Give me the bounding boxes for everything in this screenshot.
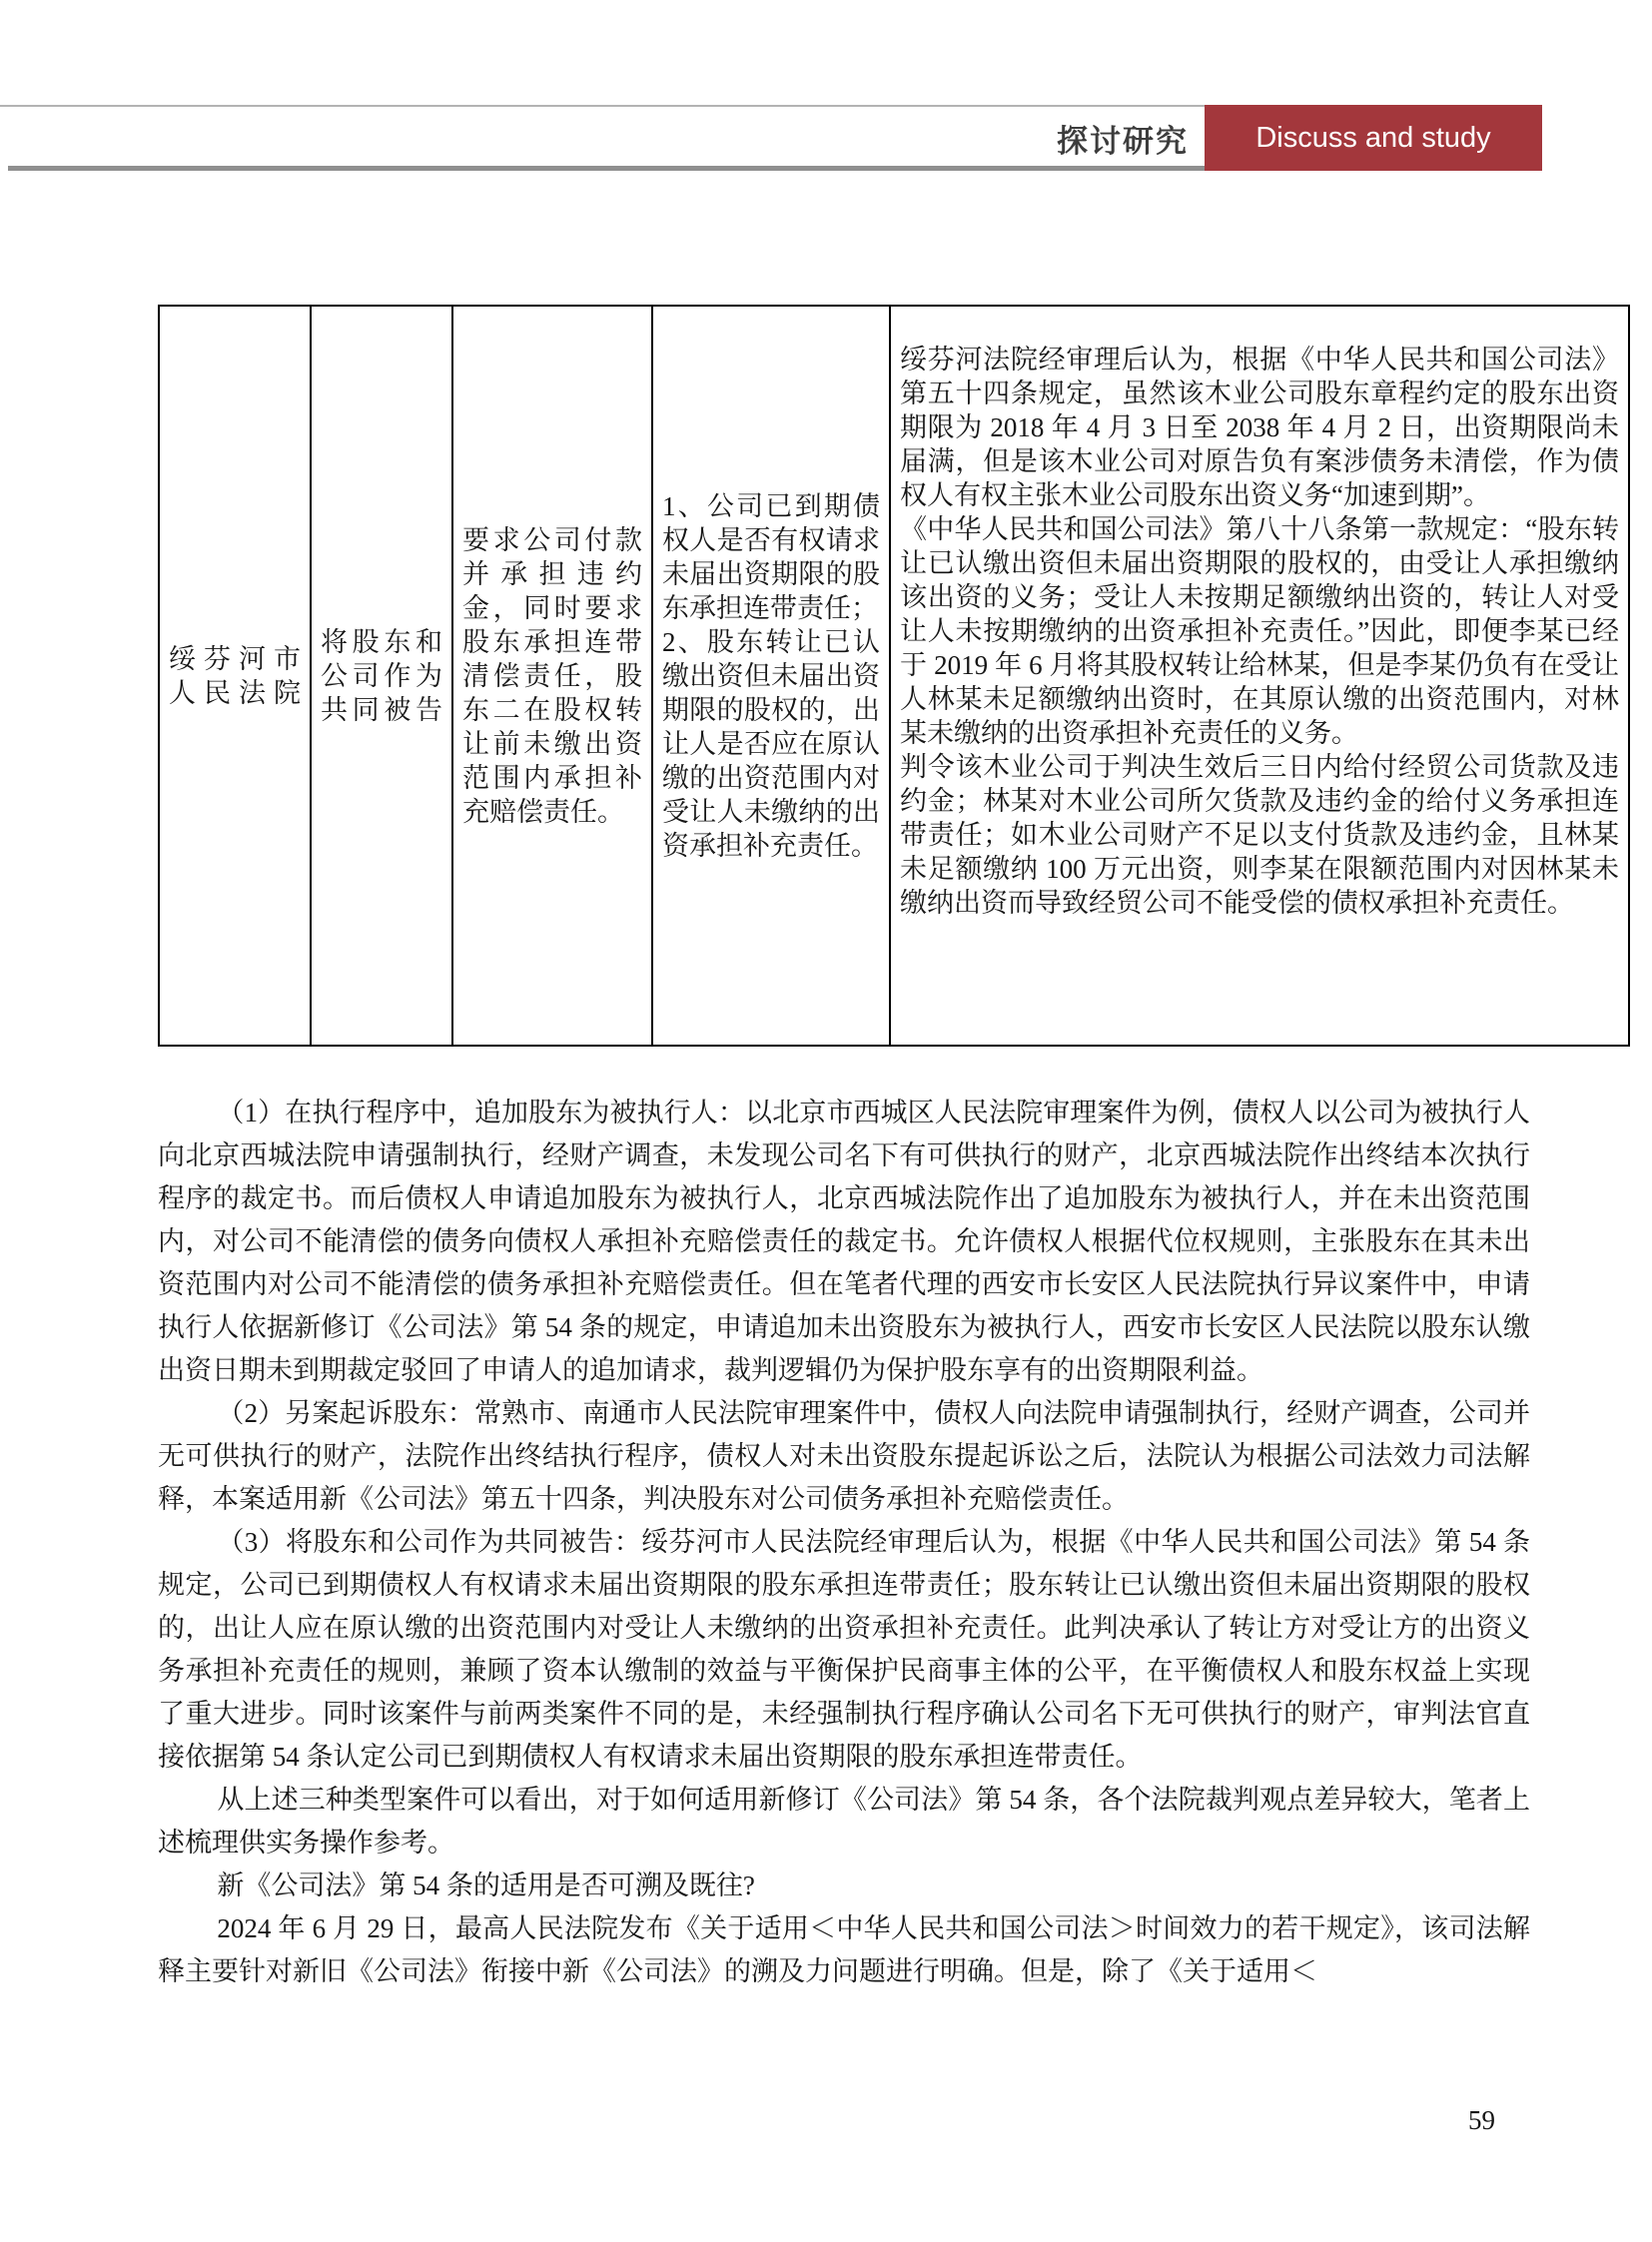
body-paragraph: （1）在执行程序中，追加股东为被执行人：以北京市西城区人民法院审理案件为例，债权… [158, 1092, 1530, 1392]
body-paragraph: （2）另案起诉股东：常熟市、南通市人民法院审理案件中，债权人向法院申请强制执行，… [158, 1392, 1530, 1521]
section-label-zh: 探讨研究 [929, 105, 1189, 171]
cell-claims: 要求公司付款并承担违约金，同时要求股东承担连带清偿责任，股东二在股权转让前未缴出… [452, 306, 652, 1046]
issue-item: 2、股东转让已认缴出资但未届出资期限的股权的，出让人是否应在原认缴的出资范围内对… [662, 625, 880, 863]
journal-page: 探讨研究 Discuss and study 绥芬河市人民法院 将股东和公司作为… [0, 0, 1652, 2242]
cell-court: 绥芬河市人民法院 [159, 306, 311, 1046]
cell-defendants: 将股东和公司作为共同被告 [311, 306, 452, 1046]
header-thick-rule [8, 166, 1205, 171]
holding-paragraph: 《中华人民共和国公司法》第八十八条第一款规定：“股东转让已认缴出资但未届出资期限… [900, 512, 1619, 750]
body-paragraph: 新《公司法》第 54 条的适用是否可溯及既往? [158, 1865, 1530, 1907]
article-body: （1）在执行程序中，追加股东为被执行人：以北京市西城区人民法院审理案件为例，债权… [158, 1092, 1530, 1993]
cell-issues: 1、公司已到期债权人是否有权请求未届出资期限的股东承担连带责任； 2、股东转让已… [652, 306, 890, 1046]
case-table: 绥芬河市人民法院 将股东和公司作为共同被告 要求公司付款并承担违约金，同时要求股… [158, 305, 1630, 1047]
body-paragraph: 2024 年 6 月 29 日，最高人民法院发布《关于适用＜中华人民共和国公司法… [158, 1907, 1530, 1993]
holding-paragraph: 判令该木业公司于判决生效后三日内给付经贸公司货款及违约金；林某对木业公司所欠货款… [900, 750, 1619, 920]
holding-paragraph: 绥芬河法院经审理后认为，根据《中华人民共和国公司法》第五十四条规定，虽然该木业公… [900, 343, 1619, 512]
table-row: 绥芬河市人民法院 将股东和公司作为共同被告 要求公司付款并承担违约金，同时要求股… [159, 306, 1629, 1046]
cell-holding: 绥芬河法院经审理后认为，根据《中华人民共和国公司法》第五十四条规定，虽然该木业公… [890, 306, 1629, 1046]
body-paragraph: （3）将股东和公司作为共同被告：绥芬河市人民法院经审理后认为，根据《中华人民共和… [158, 1521, 1530, 1779]
body-paragraph: 从上述三种类型案件可以看出，对于如何适用新修订《公司法》第 54 条，各个法院裁… [158, 1779, 1530, 1865]
section-label-en: Discuss and study [1205, 105, 1542, 171]
page-number: 59 [1468, 2105, 1538, 2136]
issue-item: 1、公司已到期债权人是否有权请求未届出资期限的股东承担连带责任； [662, 489, 880, 625]
